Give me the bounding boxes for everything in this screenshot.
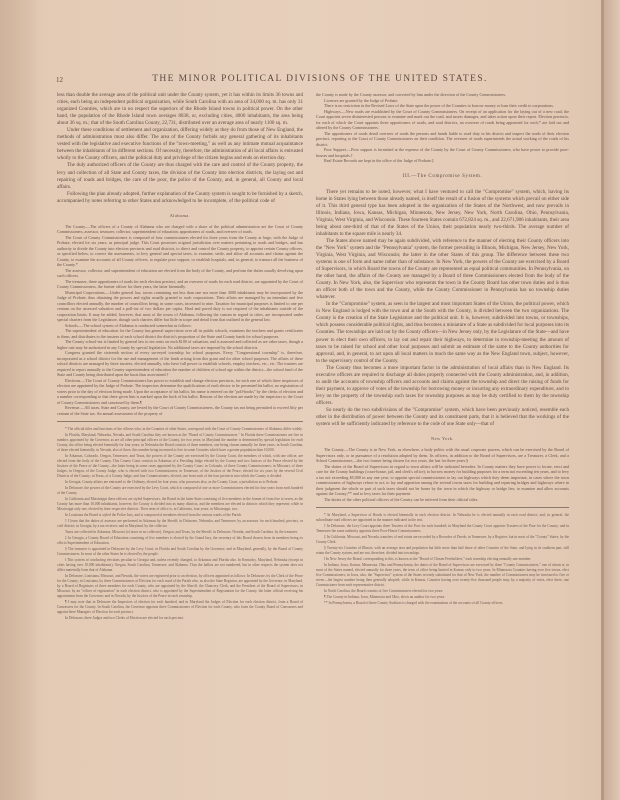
footnote: In Delaware, Louisiana, Missouri, and Ne… — [57, 574, 303, 599]
footnote: ‡ In California, Missouri, and Nevada, t… — [316, 535, 569, 545]
body-paragraph: Following the plan already adopted, furt… — [57, 191, 303, 205]
footnote: Taxes are collected in Arkansas, Missour… — [57, 530, 303, 535]
alabama-paragraph: Elections.—The Court of County Commissio… — [57, 378, 303, 406]
footnote: * In Maryland, a Supervisor of Roads is … — [316, 513, 569, 523]
alabama-paragraph: The assessor, collector, and superintend… — [57, 268, 303, 279]
footnotes-right: * In Maryland, a Supervisor of Roads is … — [316, 513, 569, 606]
alabama-paragraph: There is no restriction in the Revised L… — [316, 103, 569, 109]
footnote: In Indiana, Iowa, Kansas, Minnesota, Ohi… — [316, 563, 569, 588]
footnote: † I learn that the duties of assessor ar… — [57, 519, 303, 529]
body-paragraph: Under these conditions of settlement and… — [57, 127, 303, 162]
alabama-paragraph: Municipal Corporations.—Under general la… — [57, 290, 303, 323]
footnote: In Florida, Maryland, Nebraska, Nevada, … — [57, 433, 303, 453]
alabama-paragraph: Highways.—New roads are established by t… — [316, 109, 569, 131]
new-york-paragraph: The duties of the Board of Supervisors i… — [316, 464, 569, 497]
alabama-paragraph: Real Estate Records are kept in the offi… — [316, 158, 569, 164]
new-york-paragraph: The duties of the other political office… — [316, 497, 569, 503]
footnote: In Arkansas, Colorado, Oregon, Tennessee… — [57, 454, 303, 479]
footnote: In Louisiana the Board is styled the Pol… — [57, 513, 303, 518]
footnote: In California and Mississippi these offi… — [57, 497, 303, 512]
alabama-paragraph: The treasurer, three apportioners of roa… — [57, 279, 303, 290]
footnotes-left: * The official titles and functions of t… — [57, 427, 303, 620]
alabama-paragraph: The County.—The officers of a County of … — [57, 224, 303, 235]
footnote: ** In Pennsylvania, a Board of three Cou… — [316, 601, 569, 606]
new-york-section: The County.—The County is in New York, a… — [316, 447, 569, 502]
footnote: ‖ This system of conducting elections pe… — [57, 558, 303, 573]
alabama-section: The County.—The officers of a County of … — [57, 224, 303, 417]
left-column: less than double the average area of the… — [57, 92, 303, 622]
footnote: In North Carolina, the Board consists of… — [316, 589, 569, 594]
footnote: In Georgia, County affairs are entrusted… — [57, 480, 303, 485]
alabama-paragraph: Poor Support.—Poor support is furnished … — [316, 147, 569, 158]
alabama-continued: the County is made by the County assesso… — [316, 92, 569, 164]
running-head: 12 THE MINOR POLITICAL DIVISIONS OF THE … — [56, 74, 584, 88]
body-paragraph: less than double the average area of the… — [57, 92, 303, 127]
footnote-divider — [316, 507, 569, 508]
running-title: THE MINOR POLITICAL DIVISIONS OF THE UNI… — [56, 74, 584, 84]
alabama-paragraph: Congress granted the sixteenth section o… — [57, 350, 303, 378]
alabama-paragraph: The County school-tax is limited by gene… — [57, 339, 303, 350]
body-paragraph: The duly authorized officers of the Coun… — [57, 162, 303, 190]
adjacent-page-edge — [604, 0, 620, 800]
alabama-paragraph: Revenue.—All taxes, State and County, ar… — [57, 405, 303, 416]
footnote: ‖ In New Jersey the Board, corresponding… — [316, 557, 569, 562]
body-paragraph: In the "Compromise" system, as seen in t… — [316, 301, 569, 364]
footnote: ‡ In Georgia, a County Board of Educatio… — [57, 536, 303, 546]
footnote: § Twenty-six Counties of Illinois, with … — [316, 546, 569, 556]
right-column: the County is made by the County assesso… — [316, 92, 569, 607]
body-paragraph: The States above named may be again subd… — [316, 238, 569, 301]
alabama-paragraph: The superintendent of education for the … — [57, 328, 303, 339]
footnote: * The official titles and functions of t… — [57, 427, 303, 432]
page-edge-shadow — [0, 0, 40, 800]
footnote: ¶ I may note that in Delaware the Inspec… — [57, 600, 303, 615]
section-heading-compromise: III.—The Compromise System. — [316, 173, 569, 180]
section-heading-alabama: Alabama. — [57, 212, 303, 219]
footnote-divider — [57, 421, 303, 422]
body-paragraph: So nearly do the two subdivisions of the… — [316, 407, 569, 428]
section-heading-new-york: New York. — [316, 435, 569, 442]
footnote: ¶ The County in Indiana, Iowa, Minnesota… — [316, 595, 569, 600]
footnote: † In Delaware, the Levy Court appoints t… — [316, 524, 569, 534]
footnote: In Delaware, the powers of the County ar… — [57, 486, 303, 496]
footnote: § The treasurer is appointed in Delaware… — [57, 547, 303, 557]
body-paragraph: There yet remains to be noted, however, … — [316, 189, 569, 238]
alabama-paragraph: The apportioners of roads detail oversee… — [316, 131, 569, 148]
body-paragraph: The County thus becomes a more important… — [316, 365, 569, 407]
new-york-paragraph: The County.—The County is in New York, a… — [316, 447, 569, 464]
footnote: In Delaware, three Judges and two Clerks… — [57, 616, 303, 621]
alabama-paragraph: The Court of County Commissioners is com… — [57, 235, 303, 268]
